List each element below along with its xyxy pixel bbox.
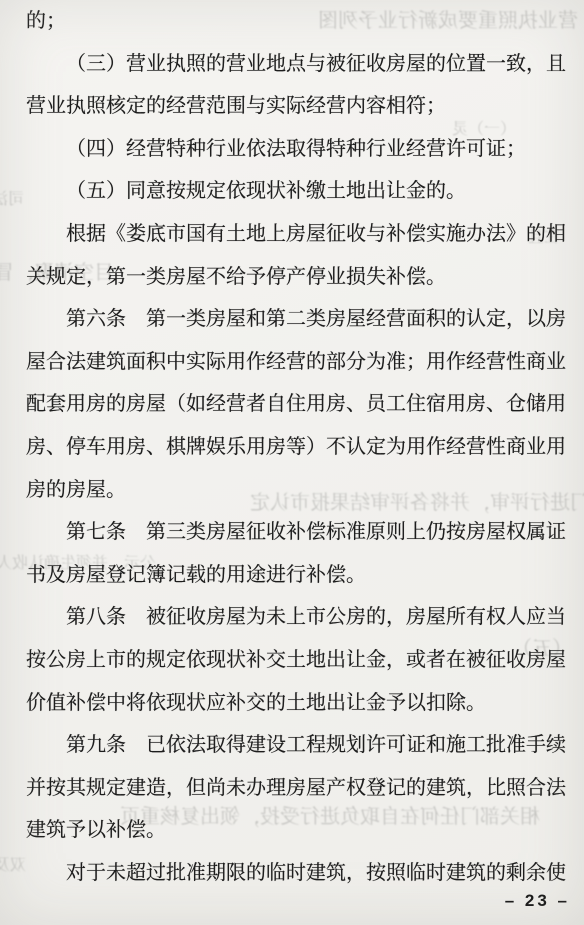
paragraph-item-3: （三）营业执照的营业地点与被征收房屋的位置一致，且营业执照核定的经营范围与实际经… — [26, 43, 566, 128]
paragraph-article-9: 第九条 已依法取得建设工程规划许可证和施工批准手续并按其规定建造，但尚未办理房屋… — [26, 724, 566, 852]
paragraph-temporary-buildings: 对于未超过批准期限的临时建筑，按照临时建筑的剩余使 — [26, 852, 566, 895]
bleedthrough-text: 司法 — [0, 186, 24, 209]
paragraph-article-7: 第七条 第三类房屋征收补偿标准原则上仍按房屋权属证书及房屋登记簿记载的用途进行补… — [26, 511, 566, 596]
paragraph-item-5: （五）同意按规定依现状补缴土地出让金的。 — [26, 170, 566, 213]
bleedthrough-text: 双及 — [0, 852, 26, 875]
paragraph-continuation: 的； — [26, 0, 566, 43]
page-number: – 23 – — [505, 891, 570, 911]
paragraph-article-6: 第六条 第一类房屋和第二类房屋经营面积的认定，以房屋合法建筑面积中实际用作经营的… — [26, 298, 566, 511]
paragraph-article-8: 第八条 被征收房屋为未上市公房的，房屋所有权人应当按公房上市的规定依现状补交土地… — [26, 596, 566, 724]
scanned-document-page: 营业执照重要成新行业予列图 （一）灵 在且 司法 目空清聚，冒 相关部门进行评审… — [0, 0, 584, 925]
paragraph-basis: 根据《娄底市国有土地上房屋征收与补偿实施办法》的相关规定，第一类房屋不给予停产停… — [26, 213, 566, 298]
document-body: 的； （三）营业执照的营业地点与被征收房屋的位置一致，且营业执照核定的经营范围与… — [26, 0, 566, 894]
paragraph-item-4: （四）经营特种行业依法取得特种行业经营许可证； — [26, 128, 566, 171]
